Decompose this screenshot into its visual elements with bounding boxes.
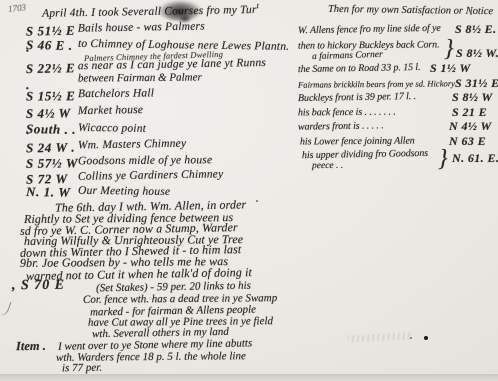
paper-speck [470,12,472,15]
fence-note-text: his back fence is . . . . . . . [298,107,396,119]
heading-superscript: t [256,1,259,10]
paper-speck [256,200,258,202]
fence-note-text: his Lower fence joining Allen [300,135,415,147]
brace-icon: } [438,146,448,173]
ink-speck [424,336,428,340]
right-column-heading: Then for my own Satisfaction or Notice [328,4,493,17]
item-note-line: is 77 per. [62,362,102,375]
bearing-row: South . . Wicacco point [26,121,146,139]
faint-pencil-marks [348,332,410,342]
fence-note-text: Fairmans brickkiln bears from ye sd. Hic… [298,78,455,89]
bearing-value: S 57½ W [26,155,78,171]
bearing-value: S 15½ E [26,88,78,104]
stray-edge-mark [0,299,11,318]
fence-note-bearing: N 63 E [449,134,486,149]
fence-note-text: Buckleys front is 39 per. 17 l. . [298,91,416,104]
page-heading: April 4th. I took Severall Courses fro m… [42,1,259,20]
manuscript-page: 1703 April 4th. I took Severall Courses … [0,0,498,381]
item-label: Item . [16,339,46,354]
fence-note-bearing: N. 61. E. [452,151,498,166]
fence-note-bearing: S 8½ E. [455,22,496,37]
fence-note-text-continued: peece . . [312,161,343,171]
bearing-row: S 24 W . Wm. Masters Chimney [26,138,187,157]
paper-speck [410,337,412,339]
brace-icon: } [444,36,454,63]
bearing-row: S 15½ E Batchelors Hall [26,87,154,104]
bearing-value: S 46 E . [26,37,78,54]
fence-note-bearing: S 31½ E. [455,76,498,91]
fence-note-text: the Same on to Road 33 p. 15 l. [298,62,421,75]
fence-note-bearing: N 4½ W [449,119,492,134]
heading-text: April 4th. I took Severall Courses fro m… [42,4,257,20]
bearing-description: Wm. Masters Chimney [78,138,187,156]
fence-note-bearing: S 8½ W. [456,46,498,61]
fence-note-bearing: S 21 E [452,105,487,120]
bearing-description: Wicacco point [78,122,146,139]
folio-date: 1703 [8,2,27,14]
fence-note-bearing: S 1½ W [430,61,471,76]
bearing-value: South . . [26,121,78,138]
stake-bearing: , S 70 E [12,278,65,294]
bearing-value: N. 1. W [26,184,78,201]
page-bottom-edge-shadow [0,374,498,381]
fence-note-text: warders front is . . . . . [298,120,384,132]
fence-note-text-continued: a fairmans Corner [312,50,383,62]
bearing-description-continued: between Fairman & Palmer [78,71,202,84]
bearing-description: Batchelors Hall [78,87,154,104]
fence-note-text: W. Allens fence fro my line side of ye [298,23,441,36]
page-content: 1703 April 4th. I took Severall Courses … [0,0,498,381]
fence-note-bearing: S 8½ W [452,90,493,105]
fence-note-text: his upper dividing fro Goodsons [302,148,428,161]
bearing-value: S 24 W . [26,139,78,156]
